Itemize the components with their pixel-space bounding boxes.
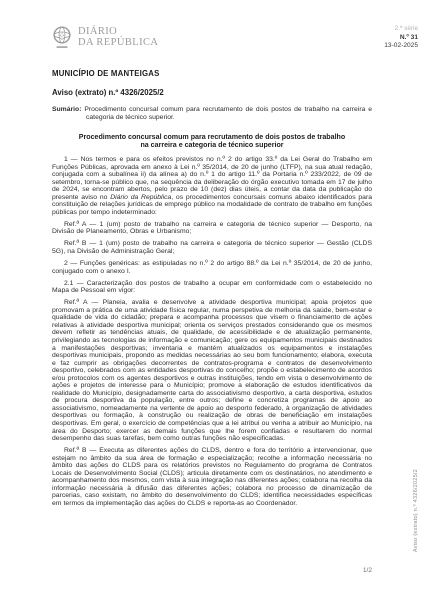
issue-number: N.º 31 <box>384 34 418 43</box>
issue-date: 13-02-2025 <box>384 42 418 51</box>
side-vertical-notice-reference: Aviso (extrato) n.º 4326/2025/2 <box>413 469 419 552</box>
municipality-title: MUNICÍPIO DE MANTEIGAS <box>52 69 372 78</box>
page-indicator: 1/2 <box>363 567 372 574</box>
paragraph-1: 1 — Nos termos e para os efeitos previst… <box>52 156 372 216</box>
paragraph-2: 2 — Funções genéricas: as estipuladas no… <box>52 260 372 275</box>
masthead: DIÁRIO DA REPÚBLICA <box>52 24 372 56</box>
paragraph-ref-b: Ref.ª B — 1 (um) posto de trabalho na ca… <box>52 240 372 255</box>
notice-body: 1 — Nos termos e para os efeitos previst… <box>52 156 372 508</box>
summary-label: Sumário: <box>52 106 81 113</box>
paragraph-ref-a-description: Ref.ª A — Planeia, avalia e desenvolve a… <box>52 299 372 442</box>
paragraph-2-1: 2.1 — Caracterização dos postos de traba… <box>52 280 372 295</box>
logo-line2: DA REPÚBLICA <box>78 37 158 48</box>
issue-series: 2.ª série <box>384 25 418 34</box>
paragraph-ref-b-description: Ref.ª B — Executa as diferentes ações do… <box>52 447 372 507</box>
logo-line1: DIÁRIO <box>78 26 158 37</box>
paragraph-ref-a: Ref.ª A — 1 (um) posto de trabalho na ca… <box>52 221 372 236</box>
document-heading: Procedimento concursal comum para recrut… <box>52 133 372 149</box>
summary-text: Procedimento concursal comum para recrut… <box>84 106 372 121</box>
gazette-logo-wordmark: DIÁRIO DA REPÚBLICA <box>78 24 158 48</box>
summary-block: Sumário: Procedimento concursal comum pa… <box>52 106 372 122</box>
notice-number: Aviso (extrato) n.º 4326/2025/2 <box>52 88 372 97</box>
document-heading-line2: na carreira e categoria de técnico super… <box>52 141 372 149</box>
gazette-page: DIÁRIO DA REPÚBLICA 2.ª série N.º 31 13-… <box>0 0 424 600</box>
coat-of-arms-icon <box>52 25 72 55</box>
issue-info: 2.ª série N.º 31 13-02-2025 <box>384 25 418 51</box>
gazette-name-italic: Diário da República <box>110 194 171 201</box>
document-heading-line1: Procedimento concursal comum para recrut… <box>52 133 372 141</box>
